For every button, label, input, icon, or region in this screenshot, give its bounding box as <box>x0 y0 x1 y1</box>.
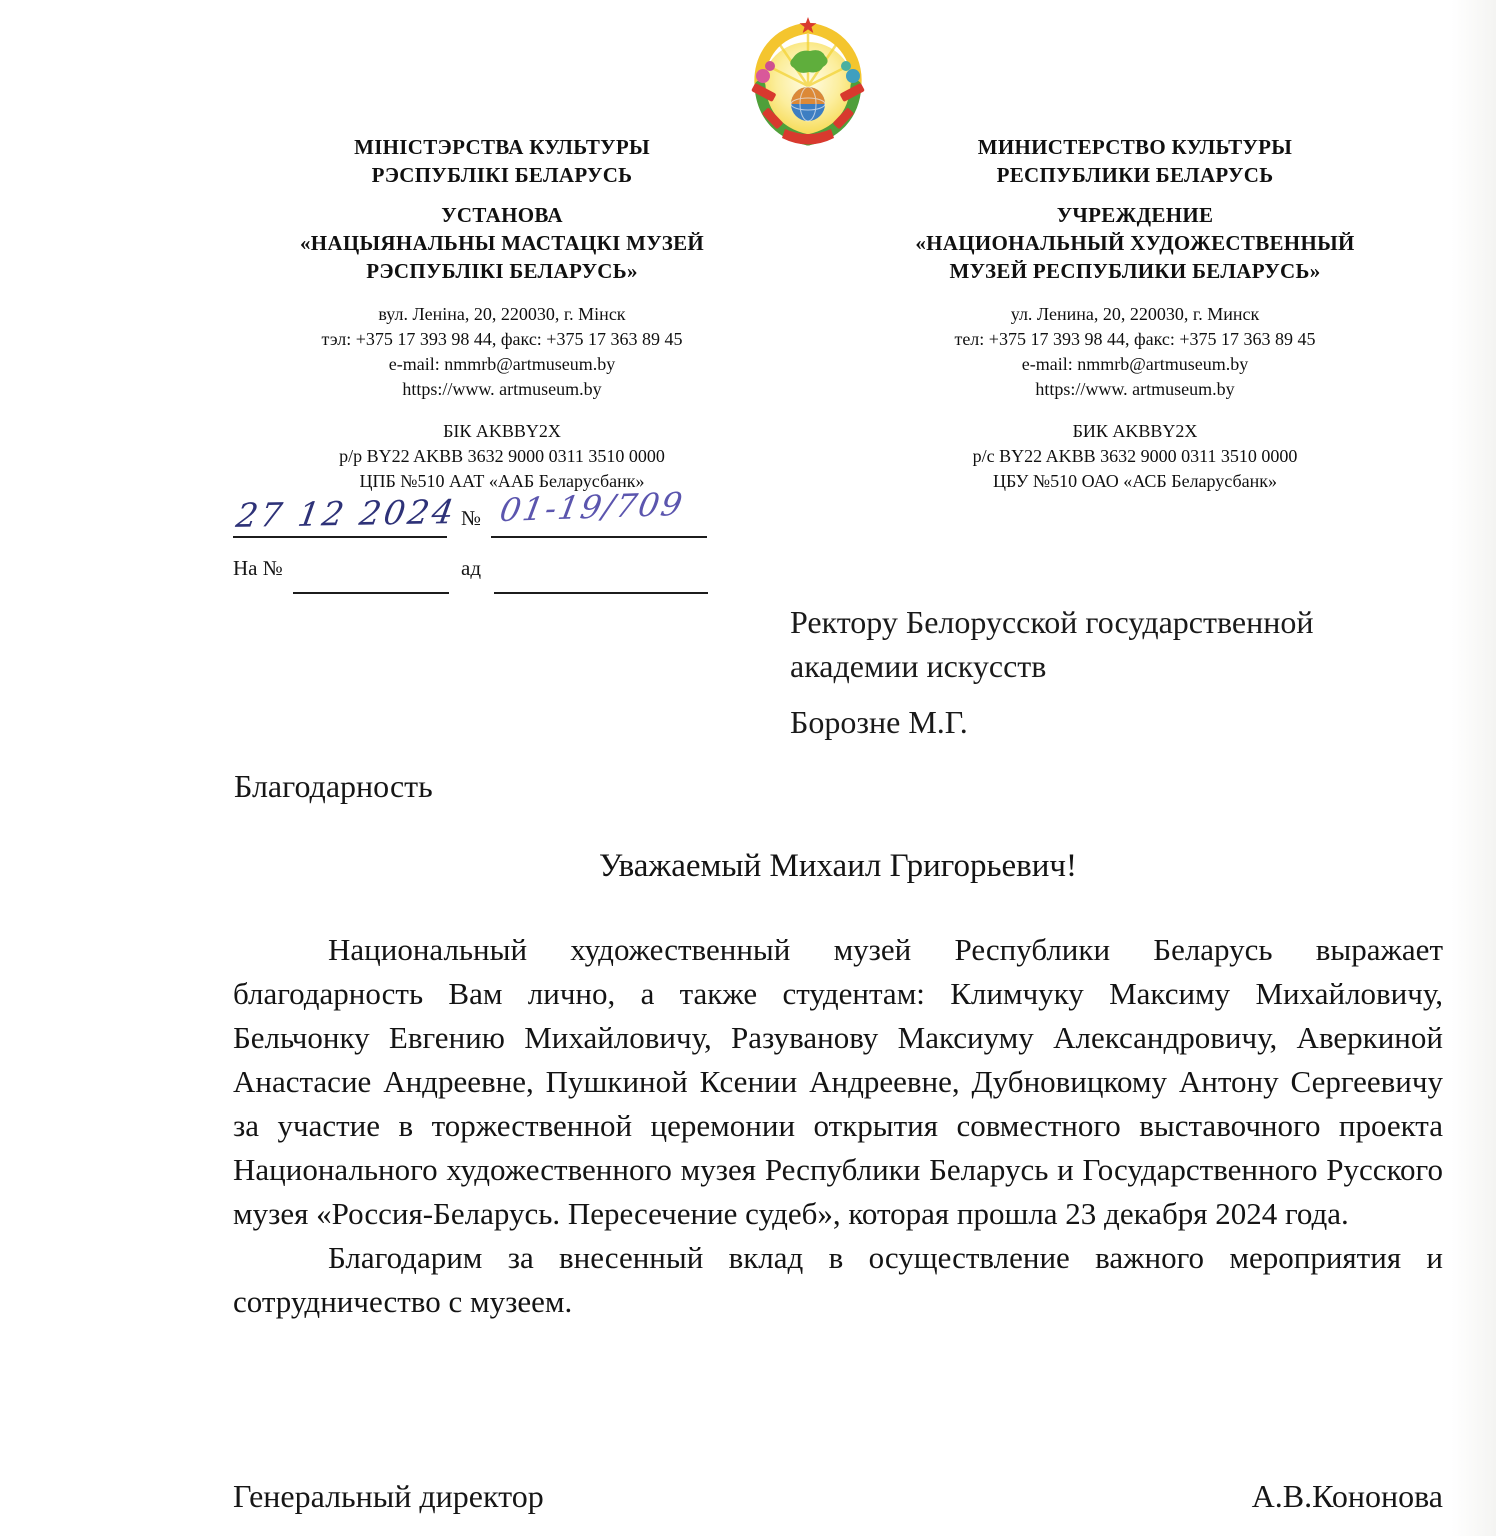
bank-name-line: ЦБУ №510 ОАО «АСБ Беларусбанк» <box>850 469 1420 494</box>
number-label: № <box>461 506 481 531</box>
recipient-name: Борозне М.Г. <box>790 700 1450 744</box>
ad-label: ад <box>461 556 481 581</box>
institution-name-line: МУЗЕЙ РЕСПУБЛИКИ БЕЛАРУСЬ» <box>850 257 1420 285</box>
phone-fax-line: тэл: +375 17 393 98 44, факс: +375 17 36… <box>226 327 778 352</box>
salutation-line: Уважаемый Михаил Григорьевич! <box>233 848 1443 885</box>
account-line: р/с BY22 AKBB 3632 9000 0311 3510 0000 <box>850 444 1420 469</box>
email-line: e-mail: nmmrb@artmuseum.by <box>850 352 1420 377</box>
ad-underline <box>494 592 708 594</box>
institution-name-line: «НАЦЫЯНАЛЬНЫ МАСТАЦКІ МУЗЕЙ <box>226 229 778 257</box>
recipient-line: академии искусств <box>790 644 1450 688</box>
body-paragraph: Благодарим за внесенный вклад в осуществ… <box>233 1236 1443 1324</box>
ministry-name-line: РЕСПУБЛИКИ БЕЛАРУСЬ <box>850 161 1420 189</box>
letterhead-russian: МИНИСТЕРСТВО КУЛЬТУРЫ РЕСПУБЛИКИ БЕЛАРУС… <box>850 133 1420 494</box>
date-underline <box>233 536 447 538</box>
ministry-name-line: РЭСПУБЛІКІ БЕЛАРУСЬ <box>226 161 778 189</box>
body-paragraph: Национальный художественный музей Респуб… <box>233 928 1443 1236</box>
ministry-name-line: МИНИСТЕРСТВО КУЛЬТУРЫ <box>850 133 1420 161</box>
reference-block: 27 12 2024 № 01-19/709 На № ад <box>233 498 713 608</box>
handwritten-date: 27 12 2024 <box>234 492 460 535</box>
letter-body: Национальный художественный музей Респуб… <box>233 928 1443 1324</box>
subject-line: Благодарность <box>234 768 433 805</box>
recipient-block: Ректору Белорусской государственной акад… <box>790 600 1450 744</box>
na-number-label: На № <box>233 556 283 581</box>
email-line: e-mail: nmmrb@artmuseum.by <box>226 352 778 377</box>
scanned-letter-page: МІНІСТЭРСТВА КУЛЬТУРЫ РЭСПУБЛІКІ БЕЛАРУС… <box>0 0 1496 1536</box>
bank-name-line: ЦПБ №510 ААТ «ААБ Беларусбанк» <box>226 469 778 494</box>
signer-name: А.В.Кононова <box>1252 1478 1443 1515</box>
website-line: https://www. artmuseum.by <box>850 377 1420 402</box>
account-line: р/р BY22 AKBB 3632 9000 0311 3510 0000 <box>226 444 778 469</box>
na-number-underline <box>293 592 449 594</box>
bik-line: БІК AKBBY2X <box>226 419 778 444</box>
recipient-line: Ректору Белорусской государственной <box>790 600 1450 644</box>
institution-name-line: УЧРЕЖДЕНИЕ <box>850 201 1420 229</box>
address-line: вул. Леніна, 20, 220030, г. Мінск <box>226 302 778 327</box>
signature-row: Генеральный директор А.В.Кононова <box>233 1478 1443 1515</box>
institution-name-line: РЭСПУБЛІКІ БЕЛАРУСЬ» <box>226 257 778 285</box>
handwritten-number: 01-19/709 <box>497 485 687 529</box>
website-line: https://www. artmuseum.by <box>226 377 778 402</box>
bik-line: БИК AKBBY2X <box>850 419 1420 444</box>
institution-name-line: УСТАНОВА <box>226 201 778 229</box>
letterhead-belarusian: МІНІСТЭРСТВА КУЛЬТУРЫ РЭСПУБЛІКІ БЕЛАРУС… <box>226 133 778 494</box>
institution-name-line: «НАЦИОНАЛЬНЫЙ ХУДОЖЕСТВЕННЫЙ <box>850 229 1420 257</box>
address-line: ул. Ленина, 20, 220030, г. Минск <box>850 302 1420 327</box>
number-underline <box>491 536 707 538</box>
phone-fax-line: тел: +375 17 393 98 44, факс: +375 17 36… <box>850 327 1420 352</box>
signer-position: Генеральный директор <box>233 1478 544 1515</box>
ministry-name-line: МІНІСТЭРСТВА КУЛЬТУРЫ <box>226 133 778 161</box>
